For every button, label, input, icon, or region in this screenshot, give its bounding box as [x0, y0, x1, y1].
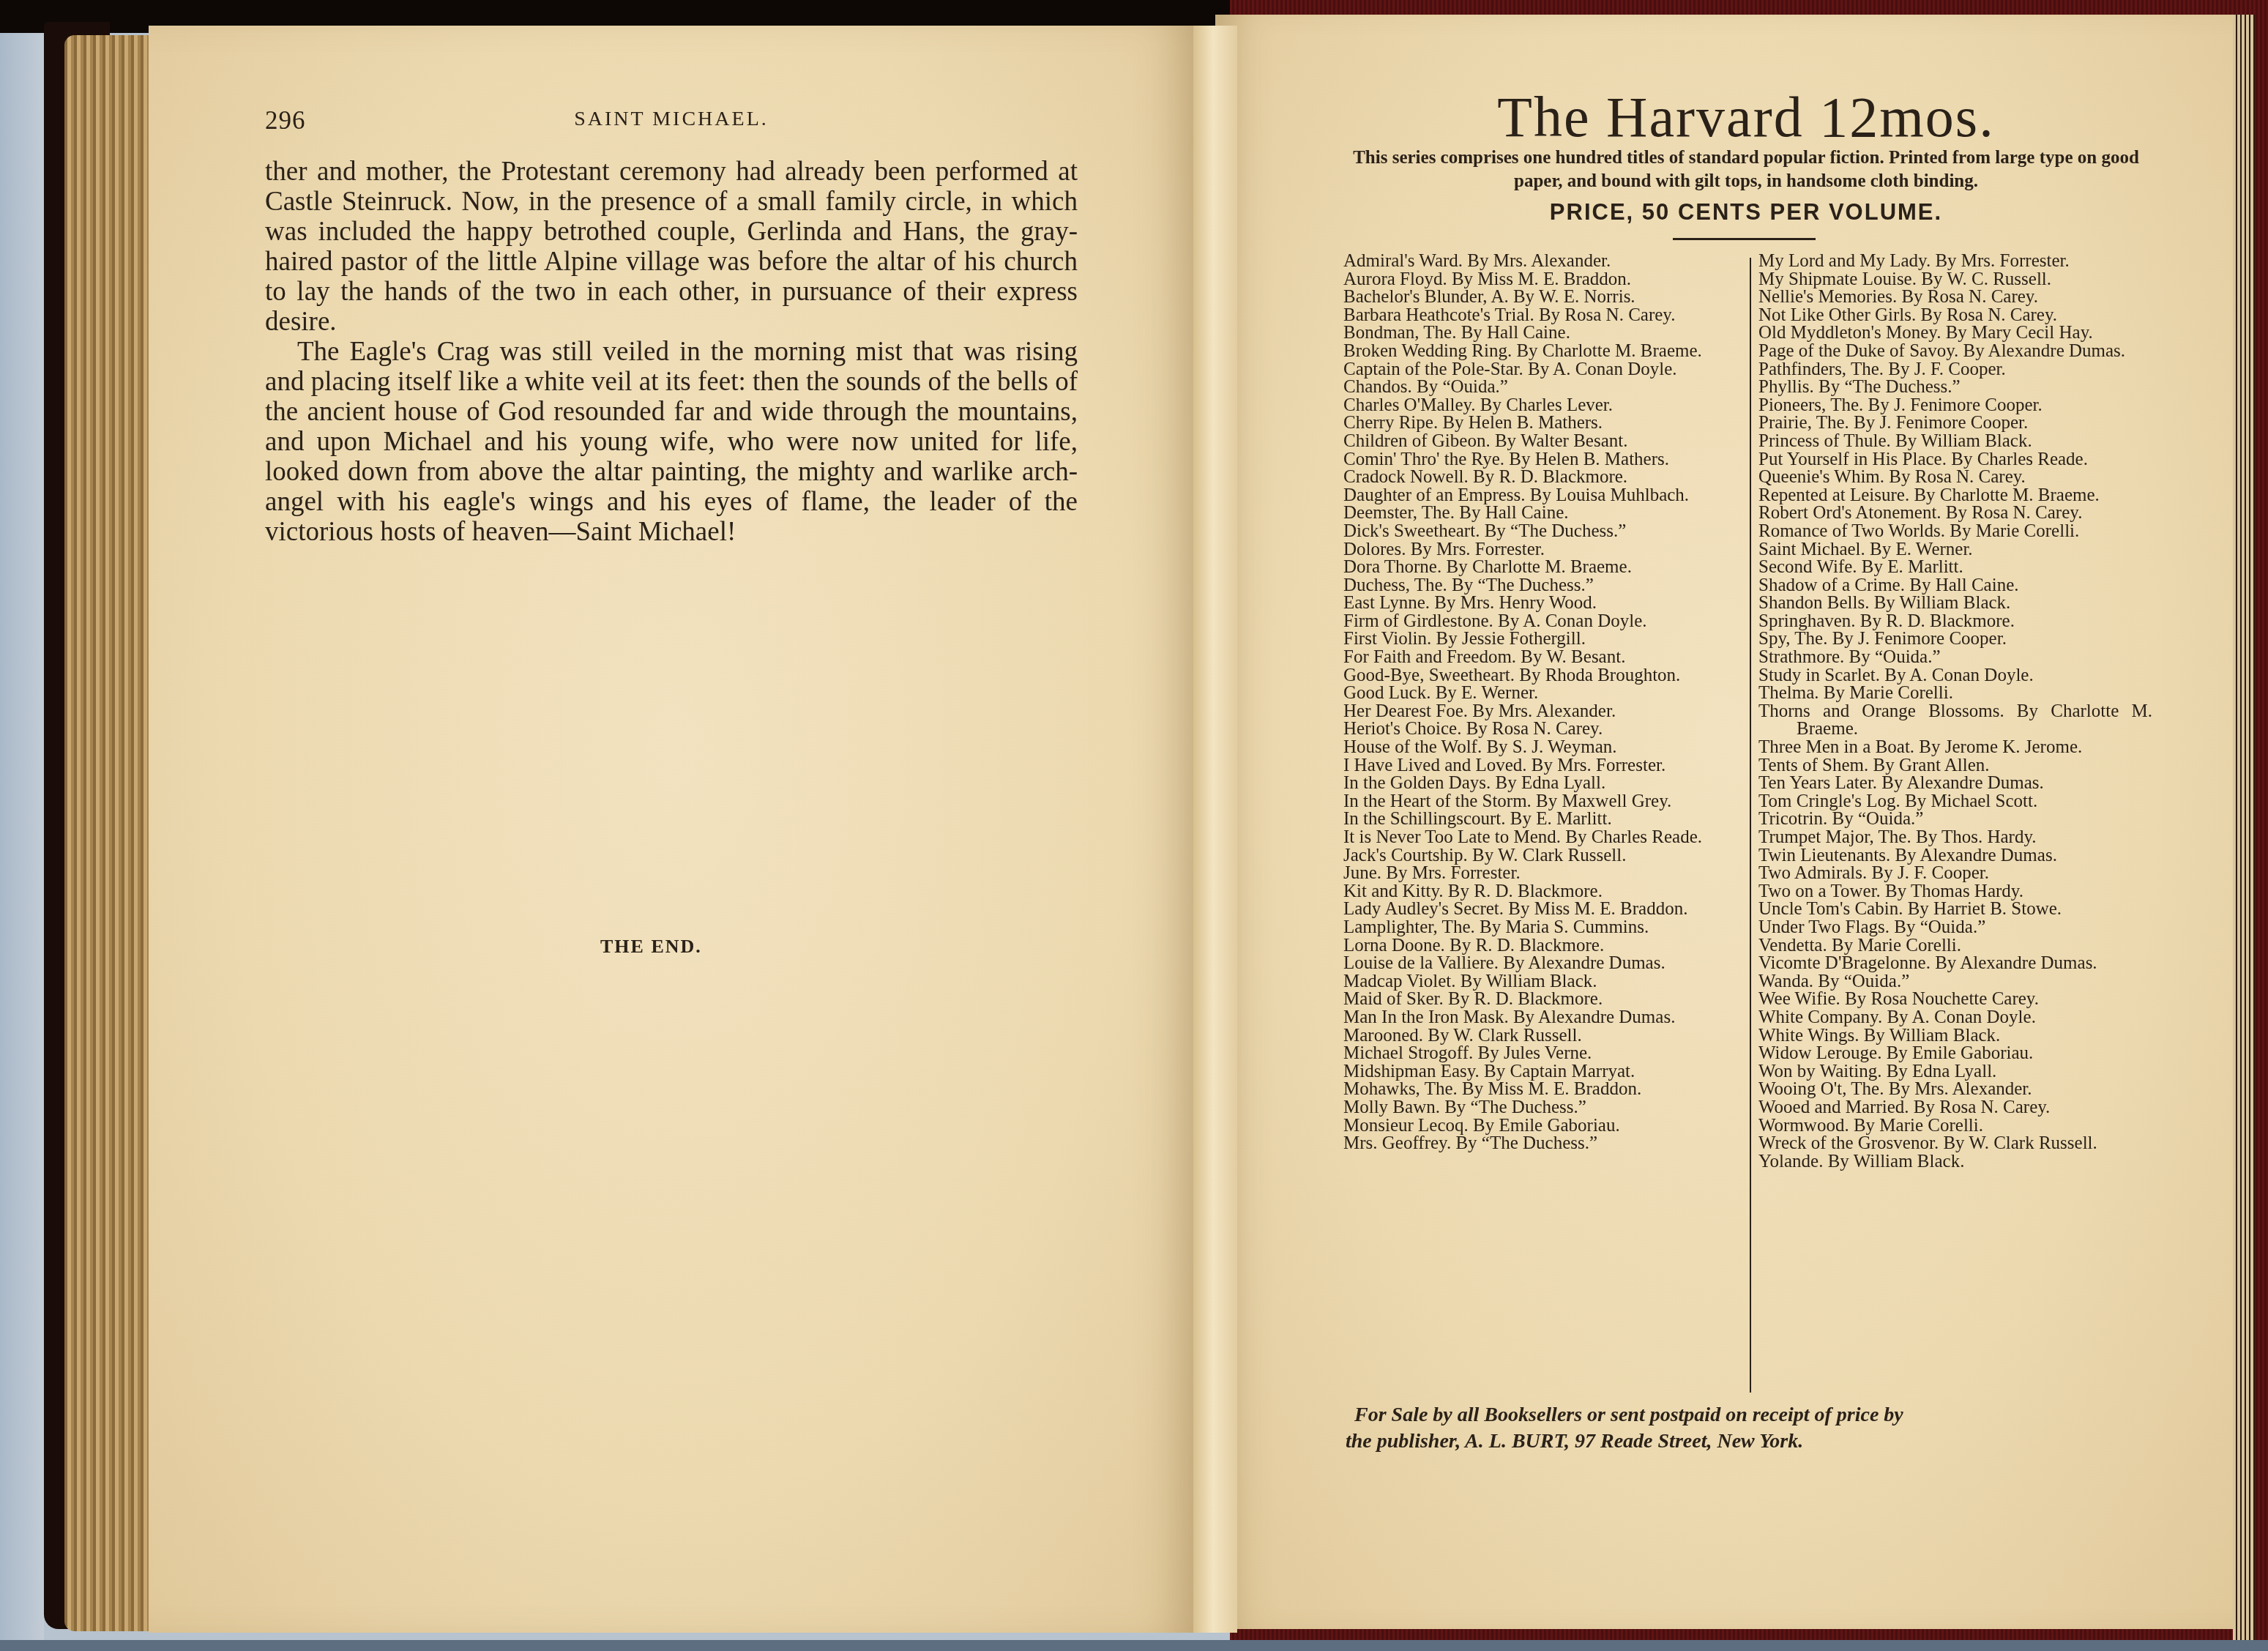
book-listing: Uncle Tom's Cabin. By Harriet B. Stowe.: [1758, 901, 2152, 919]
book-listing: White Company. By A. Conan Doyle.: [1758, 1009, 2152, 1027]
book-listing: Vendetta. By Marie Corelli.: [1758, 937, 2152, 955]
book-listing: Good-Bye, Sweetheart. By Rhoda Broughton…: [1343, 667, 1742, 685]
book-listing: Not Like Other Girls. By Rosa N. Carey.: [1758, 307, 2152, 325]
book-listing: Firm of Girdlestone. By A. Conan Doyle.: [1343, 613, 1742, 631]
book-listing: White Wings. By William Black.: [1758, 1027, 2152, 1046]
book-listing: Wanda. By “Ouida.”: [1758, 973, 2152, 991]
advertisement-title: The Harvard 12mos.: [1362, 84, 2130, 150]
book-listing: Two Admirals. By J. F. Cooper.: [1758, 865, 2152, 883]
price-line: PRICE, 50 CENTS PER VOLUME.: [1340, 199, 2152, 226]
chapter-text: ther and mother, the Protestant ceremony…: [265, 157, 1078, 547]
running-head: 296 SAINT MICHAEL.: [265, 106, 1078, 143]
book-listing: Saint Michael. By E. Werner.: [1758, 541, 2152, 559]
book-listing: Princess of Thule. By William Black.: [1758, 433, 2152, 451]
book-listing: Thorns and Orange Blossoms. By Charlotte…: [1758, 703, 2152, 739]
book-listing: Cradock Nowell. By R. D. Blackmore.: [1343, 469, 1742, 487]
book-listing: Under Two Flags. By “Ouida.”: [1758, 919, 2152, 937]
book-listing: Deemster, The. By Hall Caine.: [1343, 504, 1742, 523]
book-listing: Old Myddleton's Money. By Mary Cecil Hay…: [1758, 324, 2152, 343]
book-listing: Captain of the Pole-Star. By A. Conan Do…: [1343, 361, 1742, 379]
scan-background-bottom: [0, 1640, 2268, 1651]
book-listing: Strathmore. By “Ouida.”: [1758, 649, 2152, 667]
book-listing: Bachelor's Blunder, A. By W. E. Norris.: [1343, 288, 1742, 307]
footer-line-2: the publisher, A. L. BURT, 97 Reade Stre…: [1346, 1428, 2152, 1455]
book-listing: Queenie's Whim. By Rosa N. Carey.: [1758, 469, 2152, 487]
book-listing: Children of Gibeon. By Walter Besant.: [1343, 433, 1742, 451]
book-listing: Ten Years Later. By Alexandre Dumas.: [1758, 775, 2152, 793]
paragraph: The Eagle's Crag was still veiled in the…: [265, 337, 1078, 547]
book-listing: It is Never Too Late to Mend. By Charles…: [1343, 829, 1742, 847]
book-listing: For Faith and Freedom. By W. Besant.: [1343, 649, 1742, 667]
book-listing: Heriot's Choice. By Rosa N. Carey.: [1343, 720, 1742, 739]
book-listing: Study in Scarlet. By A. Conan Doyle.: [1758, 667, 2152, 685]
column-divider: [1750, 258, 1751, 1393]
book-listing: Charles O'Malley. By Charles Lever.: [1343, 397, 1742, 415]
publisher-footer: For Sale by all Booksellers or sent post…: [1354, 1402, 2152, 1455]
book-listing: Dora Thorne. By Charlotte M. Braeme.: [1343, 559, 1742, 577]
titles-column-right: My Lord and My Lady. By Mrs. Forrester.M…: [1758, 253, 2152, 1171]
footer-line-1: For Sale by all Booksellers or sent post…: [1354, 1404, 1903, 1426]
book-listing: Good Luck. By E. Werner.: [1343, 685, 1742, 703]
book-listing: Trumpet Major, The. By Thos. Hardy.: [1758, 829, 2152, 847]
book-listing: Robert Ord's Atonement. By Rosa N. Carey…: [1758, 504, 2152, 523]
book-listing: Pioneers, The. By J. Fenimore Cooper.: [1758, 397, 2152, 415]
book-listing: Romance of Two Worlds. By Marie Corelli.: [1758, 523, 2152, 541]
book-listing: I Have Lived and Loved. By Mrs. Forreste…: [1343, 757, 1742, 775]
book-listing: Thelma. By Marie Corelli.: [1758, 685, 2152, 703]
book-listing: House of the Wolf. By S. J. Weyman.: [1343, 739, 1742, 757]
book-listing: Prairie, The. By J. Fenimore Cooper.: [1758, 414, 2152, 433]
book-listing: Two on a Tower. By Thomas Hardy.: [1758, 883, 2152, 901]
book-listing: Widow Lerouge. By Emile Gaboriau.: [1758, 1045, 2152, 1063]
book-listing: Shadow of a Crime. By Hall Caine.: [1758, 577, 2152, 595]
series-description: This series comprises one hundred titles…: [1340, 146, 2152, 193]
book-listing: Dick's Sweetheart. By “The Duchess.”: [1343, 523, 1742, 541]
book-listing: Broken Wedding Ring. By Charlotte M. Bra…: [1343, 343, 1742, 361]
book-listing: Michael Strogoff. By Jules Verne.: [1343, 1045, 1742, 1063]
divider-rule: [1673, 238, 1816, 240]
book-listing: East Lynne. By Mrs. Henry Wood.: [1343, 595, 1742, 613]
book-listing: Put Yourself in His Place. By Charles Re…: [1758, 451, 2152, 469]
book-listing: Kit and Kitty. By R. D. Blackmore.: [1343, 883, 1742, 901]
book-listing: Lamplighter, The. By Maria S. Cummins.: [1343, 919, 1742, 937]
book-listing: First Violin. By Jessie Fothergill.: [1343, 630, 1742, 649]
book-listing: Louise de la Valliere. By Alexandre Duma…: [1343, 955, 1742, 973]
book-listing: Mrs. Geoffrey. By “The Duchess.”: [1343, 1135, 1742, 1153]
book-listing: Molly Bawn. By “The Duchess.”: [1343, 1099, 1742, 1117]
titles-column-left: Admiral's Ward. By Mrs. Alexander.Aurora…: [1343, 253, 1742, 1153]
book-listing: Aurora Floyd. By Miss M. E. Braddon.: [1343, 271, 1742, 289]
book-listing: Three Men in a Boat. By Jerome K. Jerome…: [1758, 739, 2152, 757]
end-marker: THE END.: [600, 936, 702, 958]
book-listing: Barbara Heathcote's Trial. By Rosa N. Ca…: [1343, 307, 1742, 325]
book-listing: Phyllis. By “The Duchess.”: [1758, 379, 2152, 397]
book-listing: Lady Audley's Secret. By Miss M. E. Brad…: [1343, 901, 1742, 919]
book-listing: Tom Cringle's Log. By Michael Scott.: [1758, 793, 2152, 811]
book-listing: Midshipman Easy. By Captain Marryat.: [1343, 1063, 1742, 1081]
book-listing: Wee Wifie. By Rosa Nouchette Carey.: [1758, 991, 2152, 1009]
book-listing: Spy, The. By J. Fenimore Cooper.: [1758, 630, 2152, 649]
book-listing: Repented at Leisure. By Charlotte M. Bra…: [1758, 487, 2152, 505]
book-listing: Marooned. By W. Clark Russell.: [1343, 1027, 1742, 1046]
page-edges-right: [2233, 15, 2255, 1640]
book-listing: Mohawks, The. By Miss M. E. Braddon.: [1343, 1081, 1742, 1099]
book-listing: Admiral's Ward. By Mrs. Alexander.: [1343, 253, 1742, 271]
book-listing: Tents of Shem. By Grant Allen.: [1758, 757, 2152, 775]
book-listing: Duchess, The. By “The Duchess.”: [1343, 577, 1742, 595]
paragraph: ther and mother, the Protestant ceremony…: [265, 157, 1078, 337]
scan-background: [0, 33, 44, 1651]
book-listing: Lorna Doone. By R. D. Blackmore.: [1343, 937, 1742, 955]
book-listing: Dolores. By Mrs. Forrester.: [1343, 541, 1742, 559]
book-listing: Man In the Iron Mask. By Alexandre Dumas…: [1343, 1009, 1742, 1027]
book-listing: Shandon Bells. By William Black.: [1758, 595, 2152, 613]
book-listing: In the Heart of the Storm. By Maxwell Gr…: [1343, 793, 1742, 811]
book-listing: Bondman, The. By Hall Caine.: [1343, 324, 1742, 343]
book-listing: Wooed and Married. By Rosa N. Carey.: [1758, 1099, 2152, 1117]
book-listing: Chandos. By “Ouida.”: [1343, 379, 1742, 397]
book-listing: My Lord and My Lady. By Mrs. Forrester.: [1758, 253, 2152, 271]
running-title: SAINT MICHAEL.: [265, 108, 1078, 131]
page-edges-left: [64, 35, 149, 1631]
book-listing: In the Golden Days. By Edna Lyall.: [1343, 775, 1742, 793]
book-listing: Wooing O't, The. By Mrs. Alexander.: [1758, 1081, 2152, 1099]
book-listing: Won by Waiting. By Edna Lyall.: [1758, 1063, 2152, 1081]
book-gutter: [1193, 26, 1237, 1633]
book-listing: Springhaven. By R. D. Blackmore.: [1758, 613, 2152, 631]
book-listing: Maid of Sker. By R. D. Blackmore.: [1343, 991, 1742, 1009]
book-listing: Monsieur Lecoq. By Emile Gaboriau.: [1343, 1117, 1742, 1136]
book-listing: Pathfinders, The. By J. F. Cooper.: [1758, 361, 2152, 379]
book-listing: Madcap Violet. By William Black.: [1343, 973, 1742, 991]
book-listing: Wormwood. By Marie Corelli.: [1758, 1117, 2152, 1136]
book-listing: Daughter of an Empress. By Louisa Muhlba…: [1343, 487, 1742, 505]
book-listing: Nellie's Memories. By Rosa N. Carey.: [1758, 288, 2152, 307]
book-listing: Wreck of the Grosvenor. By W. Clark Russ…: [1758, 1135, 2152, 1153]
book-listing: Yolande. By William Black.: [1758, 1153, 2152, 1171]
book-listing: Jack's Courtship. By W. Clark Russell.: [1343, 847, 1742, 865]
book-listing: Second Wife. By E. Marlitt.: [1758, 559, 2152, 577]
book-listing: Page of the Duke of Savoy. By Alexandre …: [1758, 343, 2152, 361]
book-listing: In the Schillingscourt. By E. Marlitt.: [1343, 810, 1742, 829]
book-listing: My Shipmate Louise. By W. C. Russell.: [1758, 271, 2152, 289]
book-listing: Twin Lieutenants. By Alexandre Dumas.: [1758, 847, 2152, 865]
book-listing: Her Dearest Foe. By Mrs. Alexander.: [1343, 703, 1742, 721]
book-listing: Comin' Thro' the Rye. By Helen B. Mather…: [1343, 451, 1742, 469]
book-listing: Tricotrin. By “Ouida.”: [1758, 810, 2152, 829]
book-listing: June. By Mrs. Forrester.: [1343, 865, 1742, 883]
book-listing: Vicomte D'Bragelonne. By Alexandre Dumas…: [1758, 955, 2152, 973]
book-listing: Cherry Ripe. By Helen B. Mathers.: [1343, 414, 1742, 433]
